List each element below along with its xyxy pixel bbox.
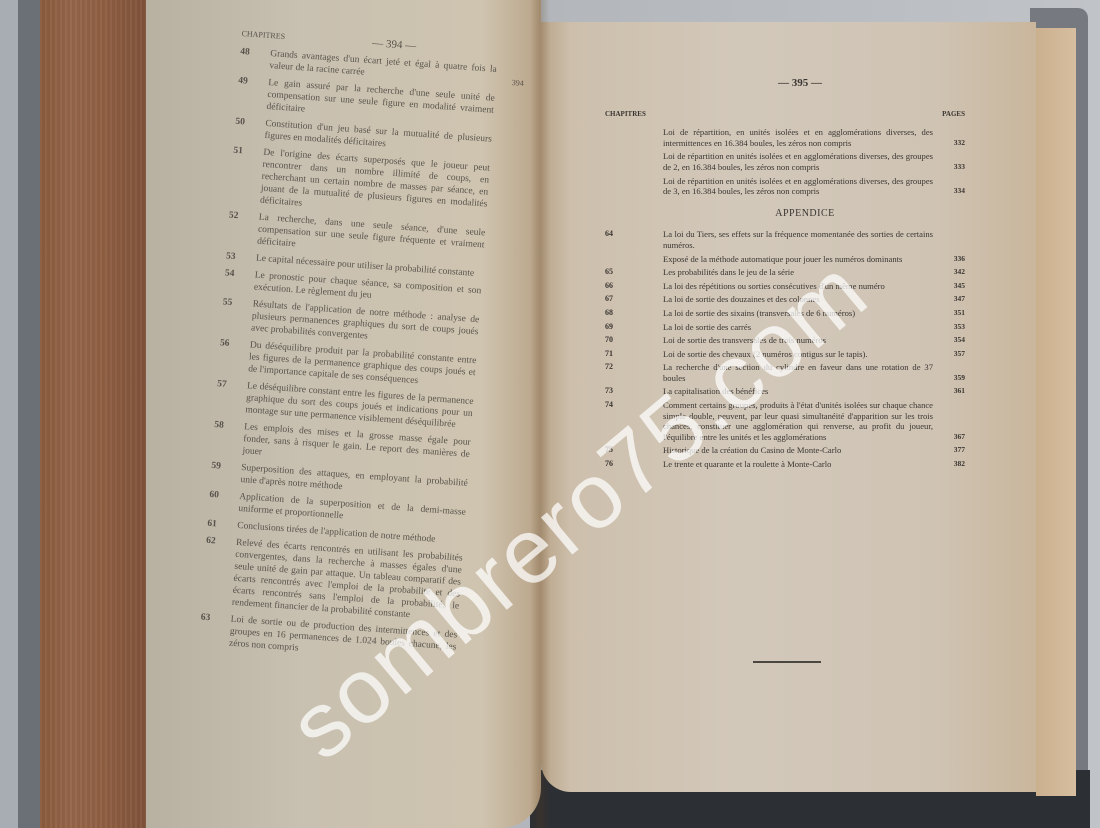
chapter-number: 59 bbox=[210, 460, 242, 486]
chapters-label: CHAPITRES bbox=[241, 28, 285, 43]
page-ref: 382 bbox=[939, 459, 965, 470]
chapter-number bbox=[605, 151, 663, 172]
page-ref: 354 bbox=[939, 335, 965, 346]
toc-entry: Loi de répartition, en unités isolées et… bbox=[605, 127, 965, 148]
page-ref bbox=[485, 351, 505, 352]
page-ref bbox=[491, 264, 511, 265]
chapter-number: 69 bbox=[605, 322, 663, 333]
right-page-header: CHAPITRES PAGES bbox=[605, 109, 965, 120]
page-ref bbox=[501, 129, 521, 130]
chapter-number: 58 bbox=[212, 419, 244, 457]
chapter-number: 67 bbox=[605, 294, 663, 305]
chapter-number: 52 bbox=[227, 210, 259, 248]
page-ref: 332 bbox=[939, 138, 965, 149]
chapter-number: 66 bbox=[605, 281, 663, 292]
chapter-number: 50 bbox=[234, 116, 266, 142]
chapter-number: 70 bbox=[605, 335, 663, 346]
chapter-title: Loi de répartition, en unités isolées et… bbox=[663, 127, 939, 148]
appendix-heading: APPENDICE bbox=[645, 209, 965, 220]
chapter-number: 64 bbox=[605, 229, 663, 250]
chapter-number: 51 bbox=[230, 145, 264, 207]
toc-entry: Loi de répartition en unités isolées et … bbox=[605, 151, 965, 172]
chapter-number: 49 bbox=[236, 75, 268, 113]
decorative-rule bbox=[753, 661, 821, 663]
book-spine bbox=[40, 0, 146, 828]
page-edge bbox=[1036, 28, 1076, 796]
page-ref bbox=[482, 392, 502, 393]
chapter-title: La loi du Tiers, ses effets sur la fréqu… bbox=[663, 229, 939, 250]
chapter-number: 48 bbox=[239, 46, 271, 72]
page-ref bbox=[488, 310, 508, 311]
chapter-number: 60 bbox=[208, 489, 240, 515]
page-ref bbox=[476, 473, 496, 474]
page-ref: 336 bbox=[939, 254, 965, 265]
chapter-number: 65 bbox=[605, 267, 663, 278]
page-ref: 334 bbox=[939, 186, 965, 197]
pages-label: PAGES bbox=[942, 109, 965, 120]
page-ref bbox=[479, 433, 499, 434]
chapter-number: 56 bbox=[218, 337, 250, 375]
chapter-title: Loi de répartition en unités isolées et … bbox=[663, 176, 939, 197]
chapter-number: 61 bbox=[207, 518, 238, 532]
book-gutter bbox=[530, 0, 550, 828]
chapter-number: 54 bbox=[224, 267, 256, 293]
page-ref: 342 bbox=[939, 267, 965, 278]
chapter-number: 68 bbox=[605, 308, 663, 319]
toc-entry: 64La loi du Tiers, ses effets sur la fré… bbox=[605, 229, 965, 250]
page-ref: 357 bbox=[939, 349, 965, 360]
chapter-title: Loi de répartition en unités isolées et … bbox=[663, 151, 939, 172]
book-cover-left bbox=[18, 0, 40, 828]
chapter-number: 53 bbox=[226, 250, 257, 264]
page-ref: 377 bbox=[939, 445, 965, 456]
chapter-number: 63 bbox=[199, 612, 231, 650]
chapter-number bbox=[605, 254, 663, 265]
toc-entry: Loi de répartition en unités isolées et … bbox=[605, 176, 965, 197]
page-ref: 347 bbox=[939, 294, 965, 305]
chapter-number: 57 bbox=[215, 378, 247, 416]
page-ref: 351 bbox=[939, 308, 965, 319]
page-ref: 345 bbox=[939, 281, 965, 292]
chapter-number: 71 bbox=[605, 349, 663, 360]
page-ref bbox=[499, 158, 519, 159]
page-ref: 361 bbox=[939, 386, 965, 397]
page-number: — 395 — bbox=[605, 78, 965, 89]
page-ref bbox=[490, 281, 510, 282]
page-ref: 367 bbox=[939, 432, 965, 443]
toc-entry: Exposé de la méthode automatique pour jo… bbox=[605, 254, 965, 265]
chapter-title: De l'origine des écarts superposés que l… bbox=[260, 147, 499, 223]
page-number: — 394 — bbox=[372, 37, 417, 52]
page-ref: 333 bbox=[939, 162, 965, 173]
page-ref bbox=[474, 502, 494, 503]
chapter-number bbox=[605, 127, 663, 148]
chapter-number: 55 bbox=[221, 296, 253, 334]
chapters-label: CHAPITRES bbox=[605, 109, 646, 120]
page-ref: 359 bbox=[939, 373, 965, 384]
page-ref bbox=[494, 223, 514, 224]
chapter-number bbox=[605, 176, 663, 197]
page-ref: 394 bbox=[503, 76, 524, 89]
page-ref: 353 bbox=[939, 322, 965, 333]
